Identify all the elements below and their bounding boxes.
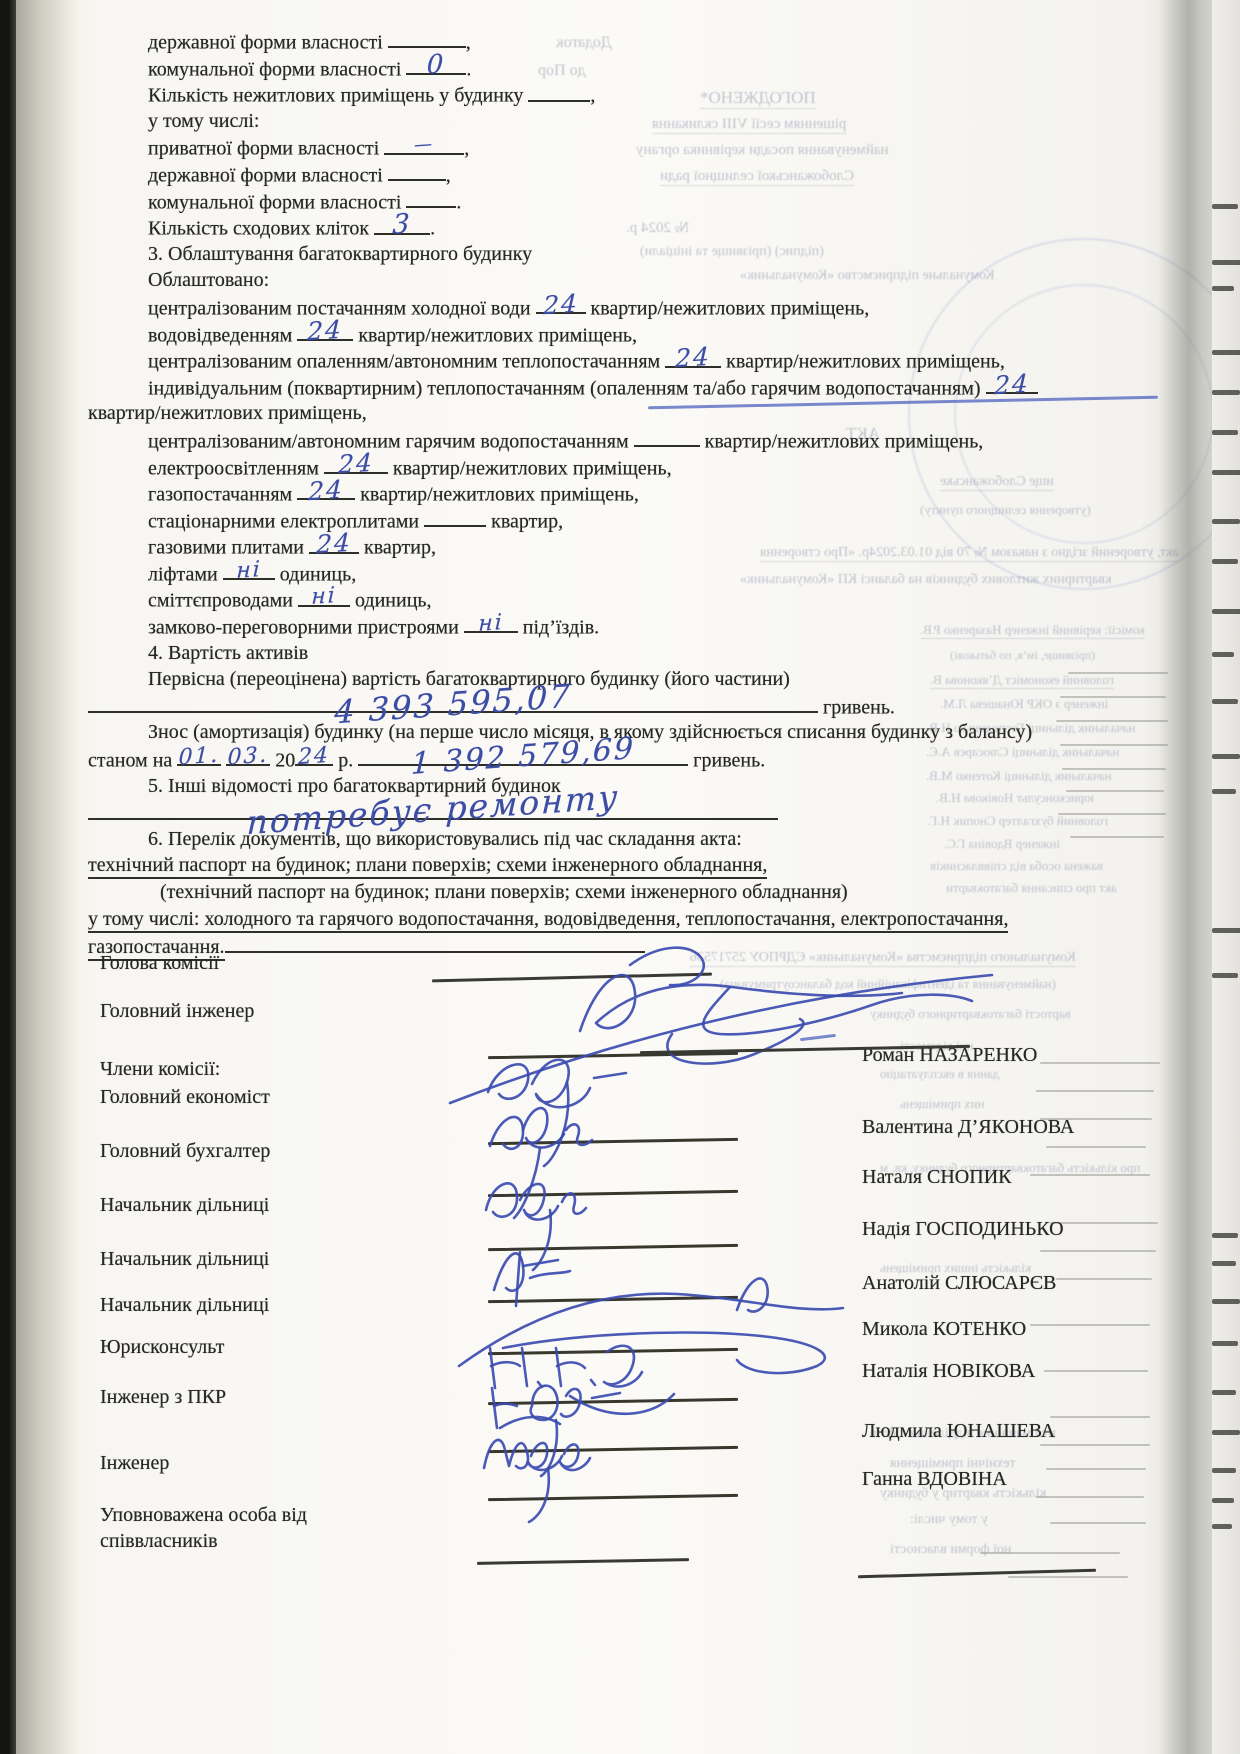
commission-role-label: Головний економіст xyxy=(100,1086,270,1109)
next-page-text-dash xyxy=(1212,699,1238,704)
form-line-11: централізованим постачанням холодної вод… xyxy=(88,294,1170,321)
next-page-text-dash xyxy=(1212,1524,1232,1529)
form-text: у тому числі: xyxy=(148,110,259,132)
bleedthrough-text: у тому числі: xyxy=(910,1512,988,1528)
next-page-text-dash xyxy=(1212,1233,1238,1238)
form-text: 20 xyxy=(270,749,295,771)
form-line-22: сміттєпроводами ні одиниць, xyxy=(88,586,1170,613)
form-line-20: газовими плитами 24 квартир, xyxy=(88,533,1170,560)
commission-member-name: Ганна ВДОВІНА xyxy=(862,1468,1007,1491)
next-page-text-dash xyxy=(1212,754,1240,759)
handwritten-value: — xyxy=(414,131,435,159)
bleedthrough-line xyxy=(1008,1576,1128,1578)
bleedthrough-line xyxy=(1040,1250,1156,1252)
next-page-text-dash xyxy=(1212,470,1240,475)
commission-role-label: Начальник дільниці xyxy=(100,1194,269,1217)
form-underlined-text: технічний паспорт на будинок; плани пове… xyxy=(88,854,767,879)
form-text: гривень. xyxy=(818,696,895,718)
handwritten-value: 24 xyxy=(675,344,712,373)
next-page-text-dash xyxy=(1212,1341,1238,1346)
bleedthrough-line xyxy=(1030,1174,1150,1176)
authorized-label-line1: Уповноважена особа від xyxy=(100,1504,307,1527)
form-line-17: електроосвітленням 24 квартир/нежитлових… xyxy=(88,454,1170,481)
form-text: 4. Вартість активів xyxy=(148,642,308,664)
next-page-text-dash xyxy=(1212,286,1234,291)
signature-stroke xyxy=(470,1410,730,1530)
next-page-text-dash xyxy=(1212,652,1234,657)
handwritten-value: ні xyxy=(478,610,504,639)
form-line-23: замково-переговорними пристроями ні під’… xyxy=(88,613,1170,640)
form-line-18: газопостачанням 24 квартир/нежитлових пр… xyxy=(88,480,1170,507)
commission-role-label: Головний бухгалтер xyxy=(100,1140,270,1163)
next-page-text-dash xyxy=(1212,1299,1240,1304)
form-blank-field: 3 xyxy=(374,214,430,234)
form-text: централізованим/автономним гарячим водоп… xyxy=(148,430,634,452)
form-line-10: Облаштовано: xyxy=(88,267,1170,294)
form-line-2: комунальної форми власності 0. xyxy=(88,55,1170,82)
commission-member-name: Людмила ЮНАШЕВА xyxy=(862,1420,1055,1443)
commission-role-label: Інженер з ПКР xyxy=(100,1386,226,1409)
form-line-19: стаціонарними електроплитами квартир, xyxy=(88,507,1170,534)
page-fold-shadow xyxy=(1158,0,1214,1754)
next-page-text-dash xyxy=(1212,430,1238,435)
bleedthrough-line xyxy=(1056,1278,1152,1280)
form-text: 3. Облаштування багатоквартирного будинк… xyxy=(148,243,532,265)
form-text: . xyxy=(456,191,461,213)
form-blank-field xyxy=(634,427,700,447)
form-blank-field: ні xyxy=(223,560,275,580)
authorized-label-line2: співвласників xyxy=(100,1530,218,1553)
form-body: державної форми власності ,комунальної ф… xyxy=(88,28,1170,959)
form-text: Кількість сходових кліток xyxy=(148,218,374,240)
form-line-26: 4 393 595,07 гривень. xyxy=(88,693,1170,720)
form-line-15: квартир/нежитлових приміщень, xyxy=(88,400,1170,427)
next-page-text-dash xyxy=(1212,559,1238,564)
bleedthrough-line xyxy=(1030,1324,1150,1326)
form-text: (технічний паспорт на будинок; плани пов… xyxy=(160,881,848,903)
form-text: сміттєпроводами xyxy=(148,590,298,612)
next-page-text-dash xyxy=(1212,519,1240,524)
form-text: , xyxy=(464,138,469,160)
handwritten-value: 24 xyxy=(298,743,331,772)
form-line-5: приватної форми власності —, xyxy=(88,134,1170,161)
form-text: гривень. xyxy=(688,749,765,771)
form-line-3: Кількість нежитлових приміщень у будинку… xyxy=(88,81,1170,108)
form-text: централізованим опаленням/автономним теп… xyxy=(148,351,665,373)
form-text: приватної форми власності xyxy=(148,138,384,160)
form-blank-field: 24 xyxy=(297,480,355,500)
commission-role-label: Начальник дільниці xyxy=(100,1294,269,1317)
form-line-1: державної форми власності , xyxy=(88,28,1170,55)
form-text: електроосвітленням xyxy=(148,457,324,479)
handwritten-value: ні xyxy=(236,557,262,586)
scanned-document-page: Додатокдо ПорПОГОДЖЕНО*рішенням сесії VI… xyxy=(0,0,1240,1754)
next-page-text-dash xyxy=(1212,350,1240,355)
bleedthrough-line xyxy=(1046,1468,1146,1470)
form-text: індивідуальним (поквартирним) теплопоста… xyxy=(148,377,986,399)
commission-member-name: Наталія НОВІКОВА xyxy=(862,1360,1035,1383)
form-text: комунальної форми власності xyxy=(148,191,406,213)
form-blank-field: 03. xyxy=(226,746,270,766)
handwritten-value: 0 xyxy=(427,52,446,80)
form-text: одиниць, xyxy=(350,590,432,612)
form-line-33: (технічний паспорт на будинок; плани пов… xyxy=(88,879,1170,906)
form-blank-field: 24 xyxy=(986,374,1038,394)
form-text: водовідведенням xyxy=(148,324,297,346)
form-blank-field: 1 392 579,69 xyxy=(358,746,688,766)
next-page-text-dash xyxy=(1212,1468,1236,1473)
handwritten-value: 24 xyxy=(316,530,353,559)
form-text: газовими плитами xyxy=(148,537,309,559)
form-blank-field xyxy=(388,161,446,181)
bleedthrough-text: ної форми власності xyxy=(890,1542,1012,1558)
form-text: державної форми власності xyxy=(148,31,388,53)
next-page-text-dash xyxy=(1212,204,1238,209)
form-line-34: у тому числі: холодного та гарячого водо… xyxy=(88,906,1170,933)
form-line-25: Первісна (переоцінена) вартість багатокв… xyxy=(88,666,1170,693)
form-blank-field: 24 xyxy=(665,347,721,367)
form-line-6: державної форми власності , xyxy=(88,161,1170,188)
form-text: 6. Перелік документів, що використовувал… xyxy=(148,828,742,850)
form-text: , xyxy=(466,31,471,53)
handwritten-value: 24 xyxy=(307,317,344,346)
next-page-text-dash xyxy=(1212,390,1240,395)
form-blank-field: ні xyxy=(298,586,350,606)
form-text: р. xyxy=(333,749,358,771)
form-line-24: 4. Вартість активів xyxy=(88,640,1170,667)
form-line-8: Кількість сходових кліток 3. xyxy=(88,214,1170,241)
next-page-text-dash xyxy=(1212,609,1240,614)
form-blank-field xyxy=(528,81,590,101)
scan-left-shadow xyxy=(16,0,76,1754)
form-text: під’їздів. xyxy=(518,616,599,638)
form-line-12: водовідведенням 24 квартир/нежитлових пр… xyxy=(88,321,1170,348)
form-underlined-text: у тому числі: холодного та гарячого водо… xyxy=(88,908,1008,933)
authorized-signature-line xyxy=(477,1558,689,1564)
chair-label: Голова комісії xyxy=(100,952,219,975)
form-blank-field: 0 xyxy=(406,55,466,75)
commission-member-name: Микола КОТЕНКО xyxy=(862,1318,1026,1341)
form-text: квартир/нежитлових приміщень, xyxy=(586,297,870,319)
handwritten-value: 24 xyxy=(308,477,345,506)
next-page-text-dash xyxy=(1212,789,1236,794)
handwritten-value: 24 xyxy=(993,370,1030,399)
form-text: Кількість нежитлових приміщень у будинку xyxy=(148,85,528,107)
form-line-14: індивідуальним (поквартирним) теплопоста… xyxy=(88,374,1170,401)
form-text: ліфтами xyxy=(148,563,223,585)
form-text: . xyxy=(430,218,435,240)
form-line-21: ліфтами ні одиниць, xyxy=(88,560,1170,587)
form-blank-field: 24 xyxy=(536,294,586,314)
form-text: , xyxy=(446,164,451,186)
commission-member-name: Надія ГОСПОДИНЬКО xyxy=(862,1218,1064,1241)
commission-member-name: Наталя СНОПИК xyxy=(862,1166,1011,1189)
form-blank-field: 24 xyxy=(297,321,353,341)
bleedthrough-line xyxy=(1044,1370,1148,1372)
next-page-text-dash xyxy=(1212,1261,1236,1266)
bleedthrough-line xyxy=(1050,1416,1150,1418)
form-text: державної форми власності xyxy=(148,164,388,186)
commission-role-label: Інженер xyxy=(100,1452,169,1475)
bleedthrough-line xyxy=(1050,1522,1146,1524)
form-text: одиниць, xyxy=(275,563,357,585)
form-text: квартир, xyxy=(359,537,436,559)
next-page-text-dash xyxy=(1212,928,1240,933)
form-text: . xyxy=(466,58,471,80)
form-text: станом на xyxy=(88,749,177,771)
form-line-32: технічний паспорт на будинок; плани пове… xyxy=(88,852,1170,879)
bleedthrough-line xyxy=(1046,1146,1146,1148)
commission-role-label: Начальник дільниці xyxy=(100,1248,269,1271)
form-text: квартир/нежитлових приміщень, xyxy=(388,457,672,479)
form-blank-field xyxy=(388,28,466,48)
bleedthrough-line xyxy=(1036,1496,1144,1498)
handwritten-value: 01. xyxy=(178,742,220,772)
form-blank-field: ні xyxy=(464,613,518,633)
next-page-text-dash xyxy=(1212,1430,1240,1435)
scan-left-edge xyxy=(0,0,16,1754)
signature-stroke-chief-engineer xyxy=(430,935,1090,1115)
form-text: комунальної форми власності xyxy=(148,58,406,80)
commission-member-name: Анатолій СЛЮСАРЄВ xyxy=(862,1272,1056,1295)
form-blank-field: 24 xyxy=(309,533,359,553)
next-page-text-dash xyxy=(1212,1498,1234,1503)
commission-role-label: Головний інженер xyxy=(100,1000,254,1023)
members-heading: Члени комісії: xyxy=(100,1058,220,1081)
form-text: газопостачанням xyxy=(148,483,297,505)
next-page-text-dash xyxy=(1212,973,1238,978)
form-blank-field: 24 xyxy=(324,454,388,474)
form-line-4: у тому числі: xyxy=(88,108,1170,135)
bleedthrough-line xyxy=(1050,1222,1158,1224)
handwritten-value: ні xyxy=(311,583,337,612)
commission-role-label: Юрисконсульт xyxy=(100,1336,224,1359)
form-text: замково-переговорними пристроями xyxy=(148,616,464,638)
form-text: квартир/нежитлових приміщень, xyxy=(88,402,367,424)
form-line-30: потребує ремонту xyxy=(88,799,1170,826)
form-line-28: станом на 01. 03. 2024 р. 1 392 579,69 г… xyxy=(88,746,1170,773)
form-line-16: централізованим/автономним гарячим водоп… xyxy=(88,427,1170,454)
form-blank-field: 24 xyxy=(295,746,333,766)
form-blank-field: потребує ремонту xyxy=(88,799,778,819)
commission-member-name: Валентина Д’ЯКОНОВА xyxy=(862,1116,1074,1139)
form-text: Облаштовано: xyxy=(148,269,269,291)
form-blank-field: 01. xyxy=(177,746,221,766)
form-text: , xyxy=(590,85,595,107)
form-line-7: комунальної форми власності . xyxy=(88,188,1170,215)
form-blank-field xyxy=(424,507,486,527)
form-line-29: 5. Інші відомості про багатоквартирний б… xyxy=(88,773,1170,800)
form-text: квартир/нежитлових приміщень, xyxy=(355,483,639,505)
form-blank-field xyxy=(406,188,456,208)
handwritten-value: 24 xyxy=(542,290,579,319)
form-text: квартир/нежитлових приміщень, xyxy=(721,351,1005,373)
form-text: квартир/нежитлових приміщень, xyxy=(353,324,637,346)
form-text: квартир, xyxy=(486,510,563,532)
form-text: квартир/нежитлових приміщень, xyxy=(700,430,984,452)
form-line-9: 3. Облаштування багатоквартирного будинк… xyxy=(88,241,1170,268)
next-page-text-dash xyxy=(1212,1390,1236,1395)
form-line-31: 6. Перелік документів, що використовувал… xyxy=(88,826,1170,853)
handwritten-value: 3 xyxy=(392,211,412,239)
form-blank-field: 4 393 595,07 xyxy=(88,693,818,713)
handwritten-value: 03. xyxy=(227,742,269,772)
next-page-text-dash xyxy=(1212,260,1240,265)
bleedthrough-line xyxy=(1040,1444,1150,1446)
form-blank-field: — xyxy=(384,134,464,154)
form-text: стаціонарними електроплитами xyxy=(148,510,424,532)
